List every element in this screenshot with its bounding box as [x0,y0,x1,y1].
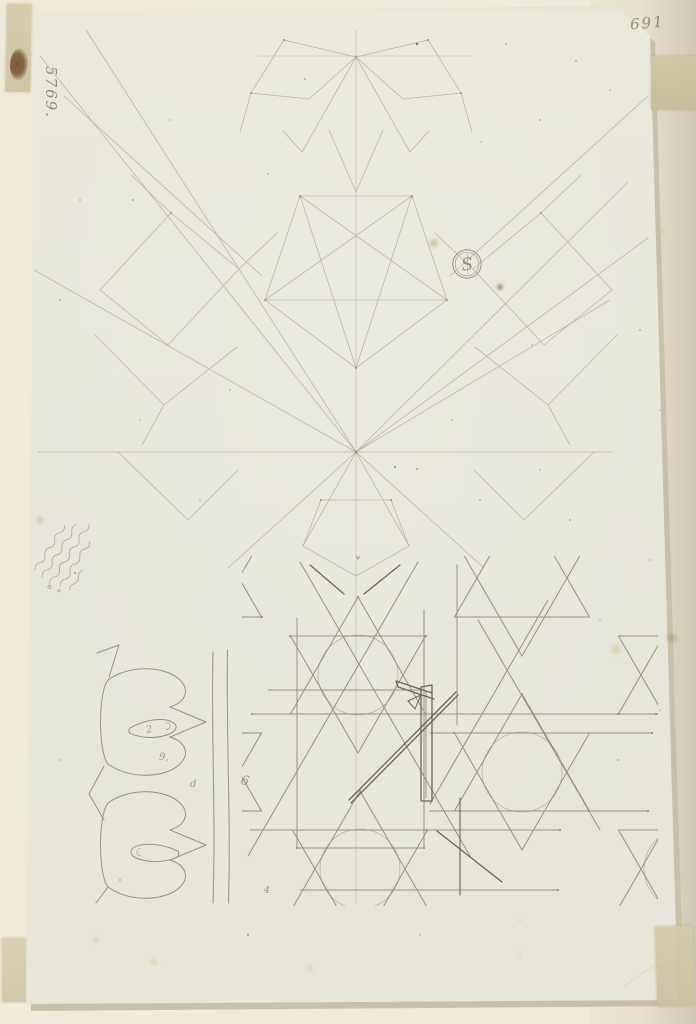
paper-sheet [0,0,696,1024]
artwork-scan: { "colors": { "backdrop": "#efead9", "ta… [0,0,696,1024]
tape-bottom-left [2,938,27,1002]
inventory-number: 5769. [42,66,60,119]
tape-top-right [651,56,696,110]
folio-number: 691 [629,13,665,34]
tape-bottom-right [655,925,696,1006]
